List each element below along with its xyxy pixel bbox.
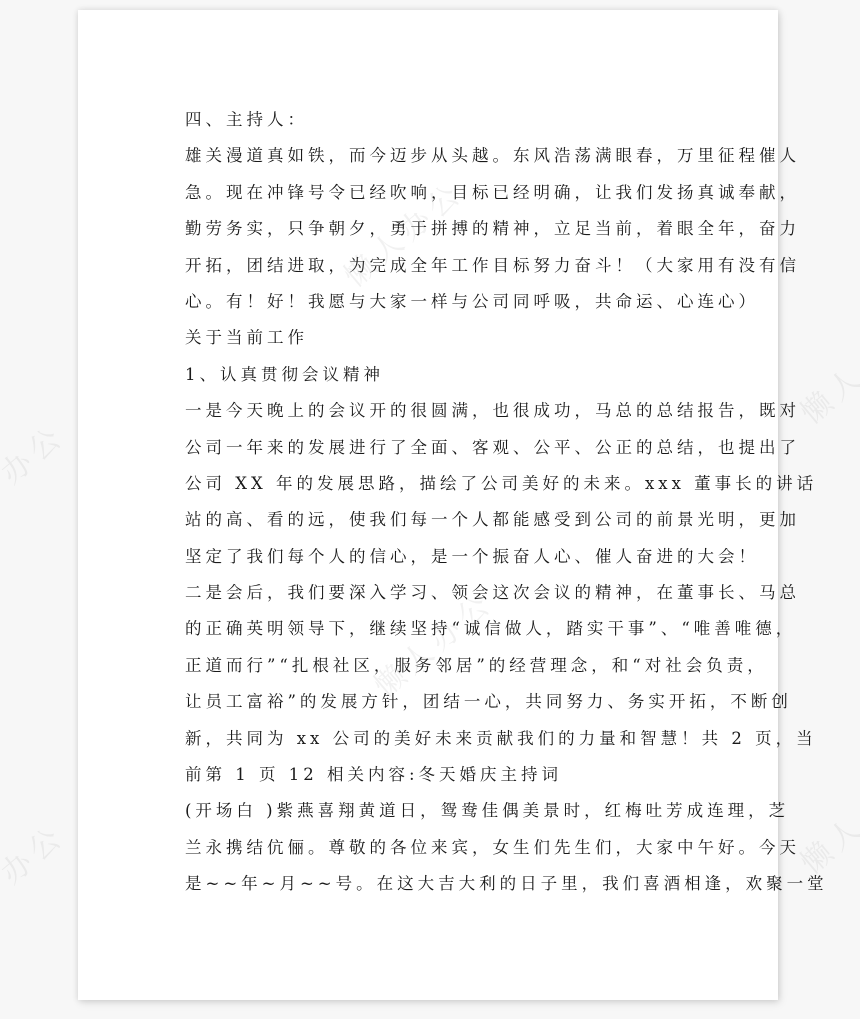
text-line: 兰永携结伉俪。尊敬的各位来宾，女生们先生们，大家中午好。今天 (185, 830, 685, 866)
text-line: 公司一年来的发展进行了全面、客观、公平、公正的总结，也提出了 (185, 430, 685, 466)
text-line: (开场白 )紫燕喜翔黄道日，鸳鸯佳偶美景时，红梅吐芳成连理，芝 (185, 793, 685, 829)
text-line: 急。现在冲锋号令已经吹响，目标已经明确，让我们发扬真诚奉献， (185, 175, 685, 211)
text-line: 正道而行”“扎根社区，服务邻居”的经营理念，和“对社会负责， (185, 648, 685, 684)
text-line: 开拓，团结进取，为完成全年工作目标努力奋斗！（大家用有没有信 (185, 248, 685, 284)
section-heading: 四、主持人： (185, 102, 685, 138)
watermark: 办公 (0, 812, 73, 892)
text-line: 坚定了我们每个人的信心，是一个振奋人心、催人奋进的大会！ (185, 539, 685, 575)
text-line: 是~~年~月~~号。在这大吉大利的日子里，我们喜酒相逢，欢聚一堂 (185, 866, 685, 902)
section-heading: 关于当前工作 (185, 320, 685, 356)
text-line: 前第 1 页 12 相关内容:冬天婚庆主持词 (185, 757, 685, 793)
subsection-heading: 1、认真贯彻会议精神 (185, 357, 685, 393)
text-line: 一是今天晚上的会议开的很圆满，也很成功，马总的总结报告，既对 (185, 393, 685, 429)
watermark: 办公 (0, 412, 73, 492)
text-line: 心。有！好！我愿与大家一样与公司同呼吸，共命运、心连心） (185, 284, 685, 320)
text-line: 的正确英明领导下，继续坚持“诚信做人，踏实干事”、“唯善唯德， (185, 611, 685, 647)
text-line: 二是会后，我们要深入学习、领会这次会议的精神，在董事长、马总 (185, 575, 685, 611)
document-body: 四、主持人： 雄关漫道真如铁，而今迈步从头越。东风浩荡满眼春，万里征程催人 急。… (185, 102, 685, 903)
text-line: 公司 XX 年的发展思路，描绘了公司美好的未来。xxx 董事长的讲话 (185, 466, 685, 502)
text-line: 站的高、看的远，使我们每一个人都能感受到公司的前景光明，更加 (185, 502, 685, 538)
document-page: 四、主持人： 雄关漫道真如铁，而今迈步从头越。东风浩荡满眼春，万里征程催人 急。… (78, 10, 778, 1000)
text-line: 雄关漫道真如铁，而今迈步从头越。东风浩荡满眼春，万里征程催人 (185, 138, 685, 174)
text-line: 让员工富裕”的发展方针，团结一心，共同努力、务实开拓，不断创 (185, 684, 685, 720)
text-line: 勤劳务实，只争朝夕，勇于拼搏的精神，立足当前，着眼全年，奋力 (185, 211, 685, 247)
text-line: 新，共同为 xx 公司的美好未来贡献我们的力量和智慧！共 2 页，当 (185, 721, 685, 757)
